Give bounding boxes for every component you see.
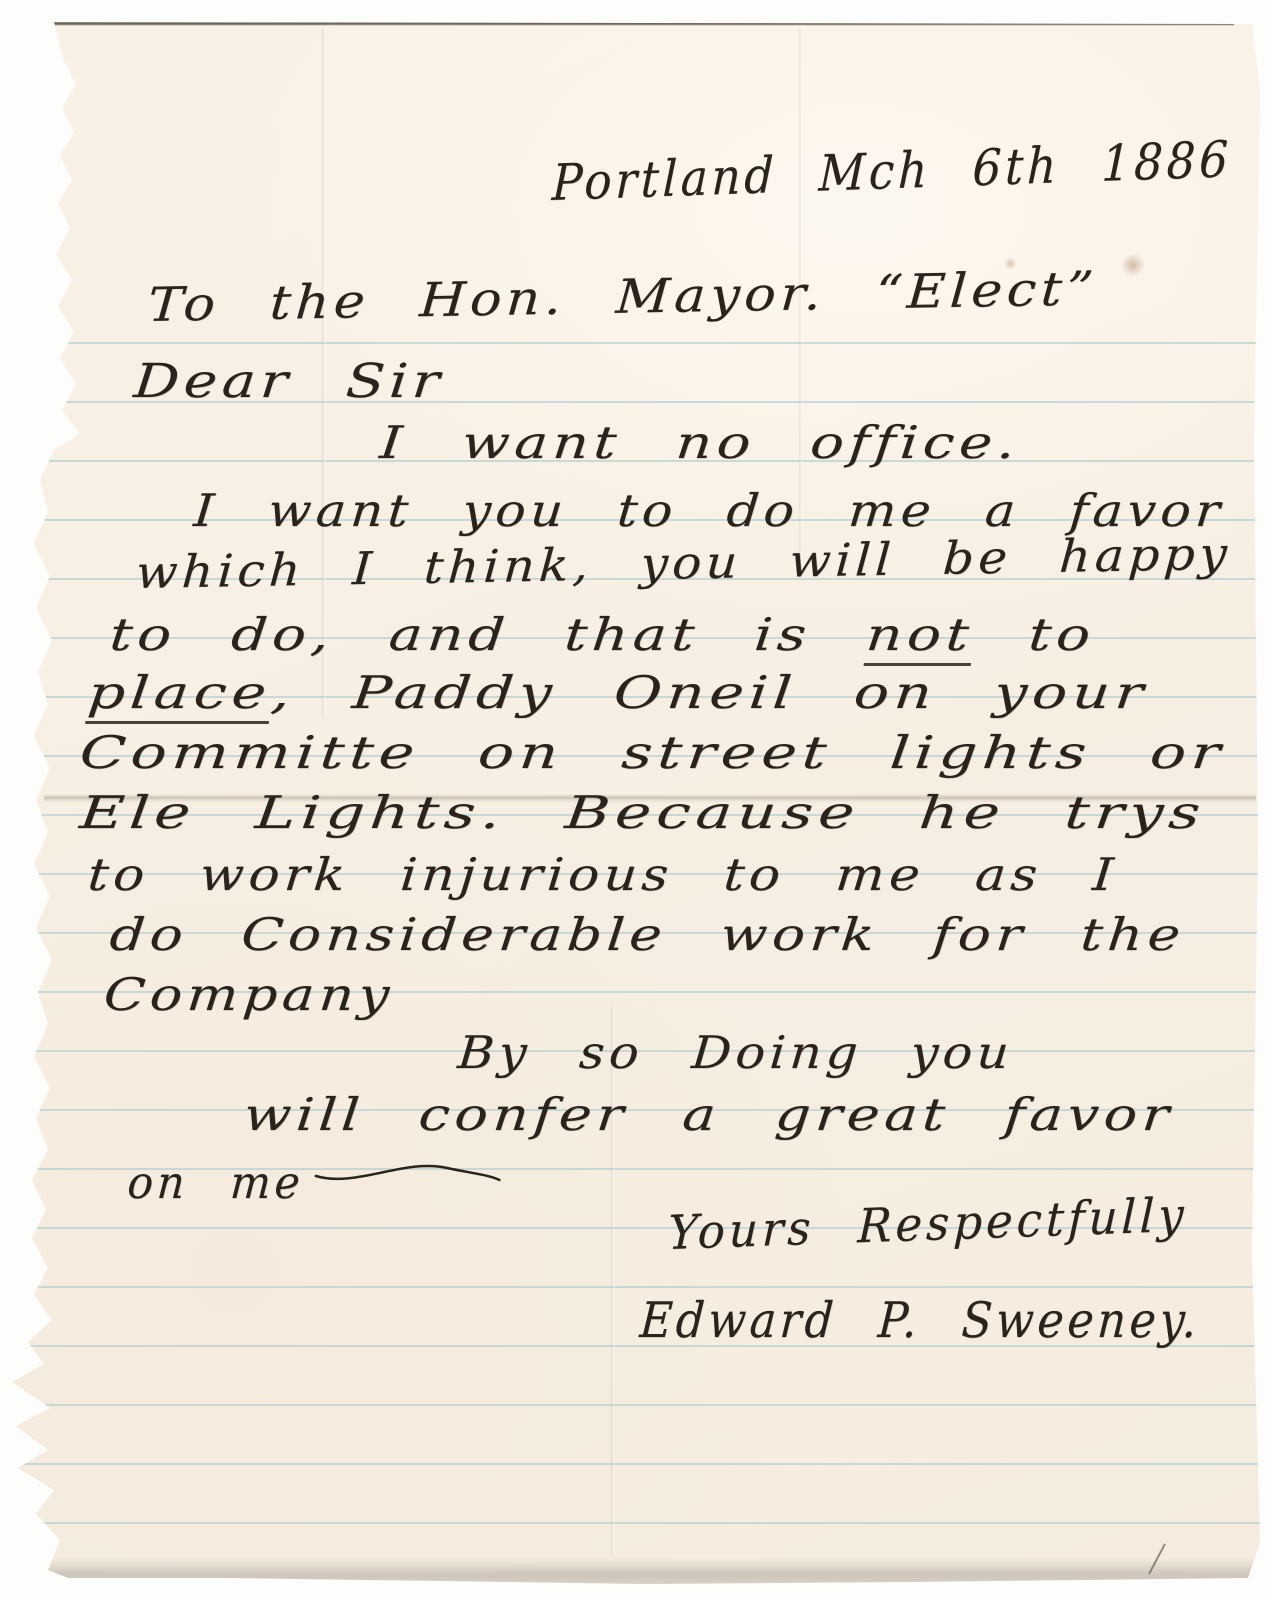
text-segment: Portland Mch 6th 1886 [551,130,1232,212]
body-line-7: Ele Lights. Because he trys [78,790,1208,835]
underlined-word: not [864,608,976,666]
body-line-4: to do, and that is not to [108,612,1097,657]
text-segment: to do, and that is [108,608,869,661]
signature-line: Edward P. Sweeney. [638,1296,1201,1345]
body-line-6: Committe on street lights or [78,730,1227,775]
text-segment: to work injurious to me as I [86,848,1120,901]
body-line-10: Company [102,972,396,1017]
pen-flourish [313,1150,505,1190]
text-segment: do Considerable work for the [108,908,1188,961]
text-segment: Dear Sir [132,354,447,409]
body-line-1: I want no office. [378,420,1022,465]
dateline: Portland Mch 6th 1886 [551,134,1232,208]
body-line-8: to work injurious to me as I [86,852,1119,897]
text-segment: Edward P. Sweeney. [638,1292,1202,1349]
handwriting-layer: Portland Mch 6th 1886To the Hon. Mayor. … [0,0,1272,1600]
text-segment: Company [102,968,396,1021]
recipient-line: To the Hon. Mayor. “Elect” [147,265,1100,329]
text-segment: I want no office. [378,416,1023,469]
closing-line: Yours Respectfully [667,1192,1188,1257]
scanned-letter-page: { "page": { "description": "Scanned hand… [0,0,1272,1600]
text-segment: To the Hon. Mayor. “Elect” [146,261,1099,333]
text-segment: Yours Respectfully [667,1188,1188,1261]
text-segment: Ele Lights. Because he trys [78,786,1208,839]
body-line-11: By so Doing you [456,1030,1015,1075]
text-segment: will confer a great favor [242,1088,1176,1141]
body-line-2: I want you to do me a favor [192,488,1226,533]
body-line-12: will confer a great favor [242,1092,1176,1137]
text-segment: to [971,608,1097,661]
body-line-9: do Considerable work for the [108,912,1187,957]
underlined-word: place [85,666,274,724]
text-segment: on me [126,1156,306,1209]
body-line-5: place, Paddy Oneil on your [86,670,1150,715]
body-line-13: on me [126,1150,505,1205]
text-segment: By so Doing you [456,1026,1015,1079]
text-segment: , Paddy Oneil on your [269,666,1150,719]
salutation-line: Dear Sir [132,358,446,405]
text-segment: which I think, you will be happy [134,527,1232,599]
text-segment: Committe on street lights or [78,726,1228,779]
body-line-3: which I think, you will be happy [135,531,1233,595]
